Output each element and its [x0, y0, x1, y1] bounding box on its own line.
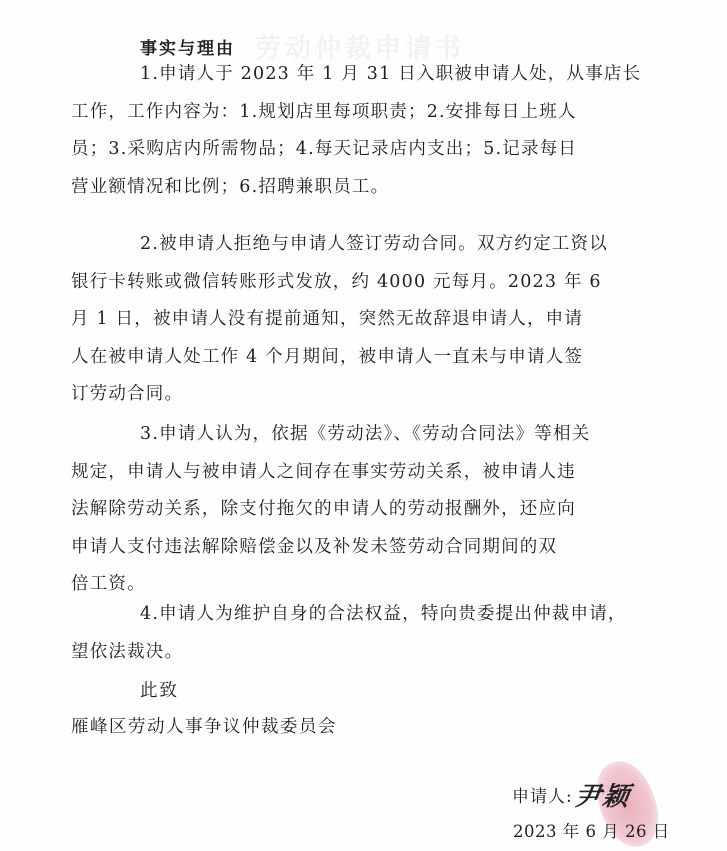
paragraph-line: 法解除劳动关系，除支付拖欠的申请人的劳动报酬外，还应向: [71, 491, 481, 529]
paragraph-1: 1.申请人于 2023 年 1 月 31 日入职被申请人处，从事店长 工作，工作…: [71, 56, 481, 206]
document-page: 劳动仲裁申请书 事实与理由 1.申请人于 2023 年 1 月 31 日入职被申…: [0, 0, 727, 851]
applicant-label: 申请人:: [512, 782, 573, 807]
recipient-committee: 雁峰区劳动人事争议仲裁委员会: [71, 713, 337, 738]
paragraph-line: 3.申请人认为，依据《劳动法》、《劳动合同法》等相关: [71, 416, 481, 454]
signing-date: 2023 年 6 月 26 日: [513, 818, 670, 842]
paragraph-line: 月 1 日，被申请人没有提前通知，突然无故辞退申请人，申请: [71, 301, 481, 339]
paragraph-line: 1.申请人于 2023 年 1 月 31 日入职被申请人处，从事店长: [71, 56, 481, 94]
paragraph-3: 3.申请人认为，依据《劳动法》、《劳动合同法》等相关 规定，申请人与被申请人之间…: [71, 416, 481, 604]
paragraph-4: 4.申请人为维护自身的合法权益，特向贵委提出仲裁申请， 望依法裁决。: [71, 596, 481, 671]
paragraph-line: 4.申请人为维护自身的合法权益，特向贵委提出仲裁申请，: [71, 596, 481, 634]
handwritten-signature: 尹颖: [572, 776, 633, 813]
paragraph-line: 人在被申请人处工作 4 个月期间，被申请人一直未与申请人签: [71, 339, 481, 377]
paragraph-line: 规定，申请人与被申请人之间存在事实劳动关系，被申请人违: [71, 454, 481, 492]
paragraph-line: 营业额情况和比例；6.招聘兼职员工。: [71, 169, 481, 207]
paragraph-line: 订劳动合同。: [71, 376, 481, 414]
closing-salutation: 此致: [140, 677, 179, 702]
paragraph-2: 2.被申请人拒绝与申请人签订劳动合同。双方约定工资以 银行卡转账或微信转账形式发…: [71, 226, 481, 414]
paragraph-line: 工作，工作内容为：1.规划店里每项职责；2.安排每日上班人: [71, 94, 481, 132]
paragraph-line: 望依法裁决。: [71, 634, 481, 672]
paragraph-line: 2.被申请人拒绝与申请人签订劳动合同。双方约定工资以: [71, 226, 481, 264]
paragraph-line: 银行卡转账或微信转账形式发放，约 4000 元每月。2023 年 6: [71, 264, 481, 302]
paragraph-line: 申请人支付违法解除赔偿金以及补发未签劳动合同期间的双: [71, 529, 481, 567]
paragraph-line: 员；3.采购店内所需物品；4.每天记录店内支出；5.记录每日: [71, 131, 481, 169]
applicant-signature-block: 申请人: 尹颖: [512, 776, 631, 813]
